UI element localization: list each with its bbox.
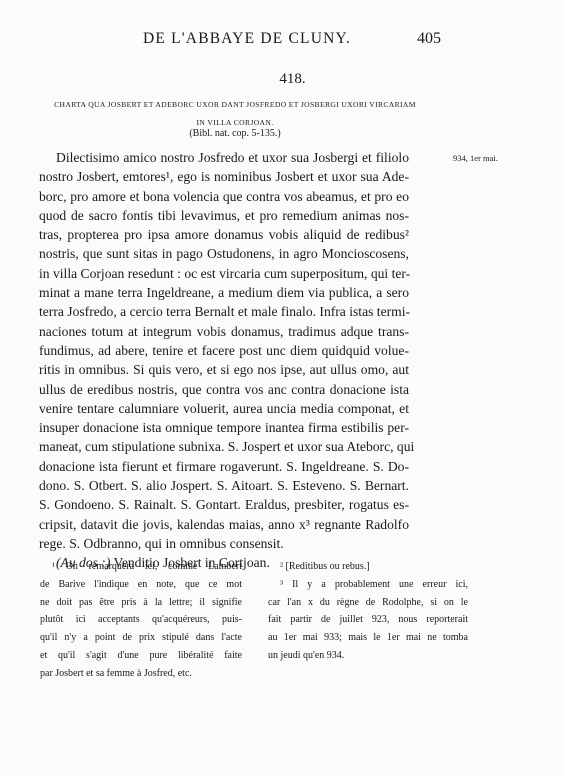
body-line: S. Gondoeno. S. Rainalt. S. Gontart. Era…: [39, 495, 409, 514]
body-line: borc, pro amore et bona volencia que con…: [39, 187, 409, 206]
footnote-line: qu'il n'y a point de prix stipulé dans l…: [40, 629, 242, 647]
body-line: in villa Corjoan resedunt : oc est virca…: [39, 264, 409, 283]
body-line: dono. S. Otbert. S. alio Jospert. S. Ait…: [39, 476, 409, 495]
body-line: donacione ista fierunt et firmare rogave…: [39, 457, 409, 476]
body-line: nostris, que sunt sitas in pago Ostudone…: [39, 244, 409, 263]
body-line: fundimus, ad abere, tenire et facere pos…: [39, 341, 409, 360]
charter-title-line: CHARTA QUA JOSBERT ET ADEBORC UXOR DANT …: [40, 96, 430, 114]
body-line: insuper donacione ista omnique tempore i…: [39, 418, 409, 437]
page-number: 405: [417, 30, 441, 48]
running-title: DE L'ABBAYE DE CLUNY.: [143, 30, 351, 48]
body-line: naciones totum at integrum vobis donamus…: [39, 322, 409, 341]
body-line: rege. S. Odbranno, qui in omnibus consen…: [39, 534, 409, 553]
footnote-line: plutôt ici acceptants qu'acquéreurs, pui…: [40, 611, 242, 629]
footnote-column-right: ² [Reditibus ou rebus.] ³ Il y a probabl…: [268, 558, 468, 665]
charter-title: CHARTA QUA JOSBERT ET ADEBORC UXOR DANT …: [40, 96, 430, 132]
body-line: terra Josfredo, a cercio terra Bernalt e…: [39, 302, 409, 321]
margin-date: 934, 1er mai.: [453, 153, 498, 163]
body-line: minat a mane terra Ingeldreane, a medium…: [39, 283, 409, 302]
footnote-line: ¹ On remarquera ici, comme Lambert: [40, 558, 242, 576]
body-line: nostro Josbert, emtores¹, ego is nominib…: [39, 167, 409, 186]
footnote-line: ne doit pas être pris à la lettre; il si…: [40, 594, 242, 612]
footnote-line: au 1er mai 933; mais le 1er mai ne tomba: [268, 629, 468, 647]
body-line: ritis in omnibus. Si quis vero, et si eg…: [39, 360, 409, 379]
running-head: DE L'ABBAYE DE CLUNY. 405: [0, 30, 565, 50]
body-line: Dilectisimo amico nostro Josfredo et uxo…: [39, 148, 409, 167]
footnote-line: ³ Il y a probablement une erreur ici,: [268, 576, 468, 594]
source-reference: (Bibl. nat. cop. 5-135.): [0, 128, 470, 139]
footnote-line: car l'an x du règne de Rodolphe, si on l…: [268, 594, 468, 612]
charter-body: Dilectisimo amico nostro Josfredo et uxo…: [39, 148, 409, 573]
body-line: quod de sacro fontis tibi levavimus, et …: [39, 206, 409, 225]
footnote-line: fait partir de juillet 923, nous reporte…: [268, 611, 468, 629]
footnote-line: de Barive l'indique en note, que ce mot: [40, 576, 242, 594]
body-line: cripsit, datavit die jovis, kalendas mai…: [39, 515, 409, 534]
footnote-line: et qu'il s'agit d'une pure libéralité fa…: [40, 647, 242, 665]
footnote-column-left: ¹ On remarquera ici, comme Lambert de Ba…: [40, 558, 242, 683]
body-line: maneat, cum stipulatione subnixa. S. Jos…: [39, 437, 409, 456]
footnote-2: ² [Reditibus ou rebus.]: [268, 558, 468, 576]
body-line: venire tentare calumniare voluerit, aure…: [39, 399, 409, 418]
body-line: tras, propterea pro ipsa amore donamus v…: [39, 225, 409, 244]
charter-number: 418.: [0, 71, 565, 88]
footnote-line: par Josbert et sa femme à Josfred, etc.: [40, 665, 242, 683]
footnote-line: un jeudi qu'en 934.: [268, 647, 468, 665]
body-line: ullus de eredibus nostris, que contra vo…: [39, 380, 409, 399]
